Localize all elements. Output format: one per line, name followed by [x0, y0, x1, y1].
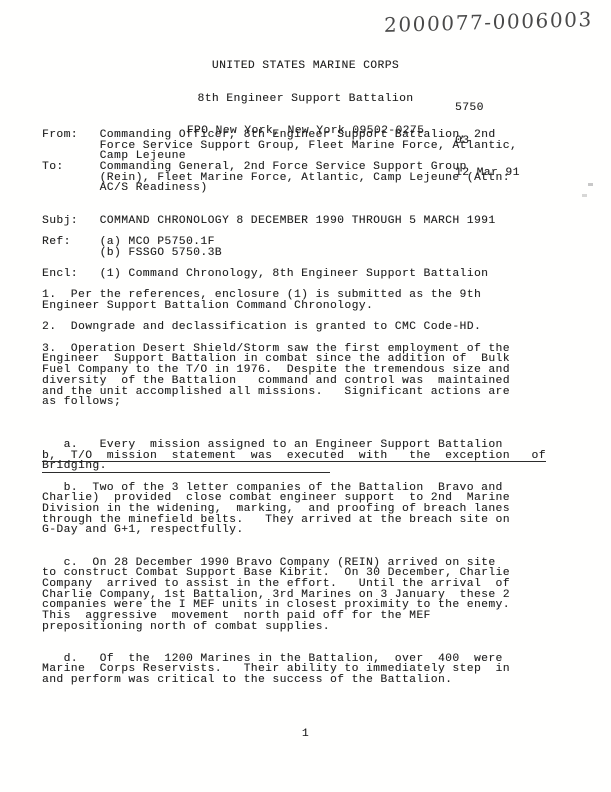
body-line: Company arrived to assist in the effort.… — [42, 579, 582, 590]
blank-line — [42, 536, 582, 547]
letterhead-org-line: UNITED STATES MARINE CORPS — [0, 61, 611, 72]
body-line: and perform was critical to the success … — [42, 675, 582, 686]
page-number: 1 — [0, 729, 611, 740]
letter-body: From: Commanding Officer, 8th Engineer S… — [42, 130, 582, 686]
body-line: prepositioning north of combat supplies. — [42, 622, 582, 633]
body-line: Engineer Support Battalion Command Chron… — [42, 301, 582, 312]
body-line: Encl: (1) Command Chronology, 8th Engine… — [42, 269, 582, 280]
body-line: Subj: COMMAND CHRONOLOGY 8 DECEMBER 1990… — [42, 216, 582, 227]
body-line: b, T/O mission statement was executed wi… — [42, 451, 582, 462]
scan-artifact-speck — [582, 194, 587, 197]
scan-artifact-speck — [588, 183, 593, 186]
body-line: diversity of the Battalion command and c… — [42, 376, 582, 387]
blank-line — [42, 194, 582, 205]
body-line: AC/S Readiness) — [42, 183, 582, 194]
blank-line — [42, 205, 582, 216]
body-line: Ref: (a) MCO P5750.1F — [42, 237, 582, 248]
body-line: 2. Downgrade and declassification is gra… — [42, 322, 582, 333]
blank-line — [42, 408, 582, 419]
document-page: 2000077-0006003 UNITED STATES MARINE COR… — [0, 0, 611, 792]
body-line: as follows; — [42, 397, 582, 408]
body-line: and the unit accomplished all missions. … — [42, 387, 582, 398]
handwritten-document-number: 2000077-0006003 — [384, 7, 593, 37]
underlined-text: Bridging. — [42, 461, 330, 473]
blank-line — [42, 632, 582, 643]
body-line: Bridging. — [42, 461, 582, 472]
blank-line — [42, 419, 582, 430]
body-line: (b) FSSGO 5750.3B — [42, 248, 582, 259]
blank-line — [42, 547, 582, 558]
body-line: G-Day and G+1, respectfully. — [42, 525, 582, 536]
ssic-code: 5750 — [455, 103, 520, 114]
